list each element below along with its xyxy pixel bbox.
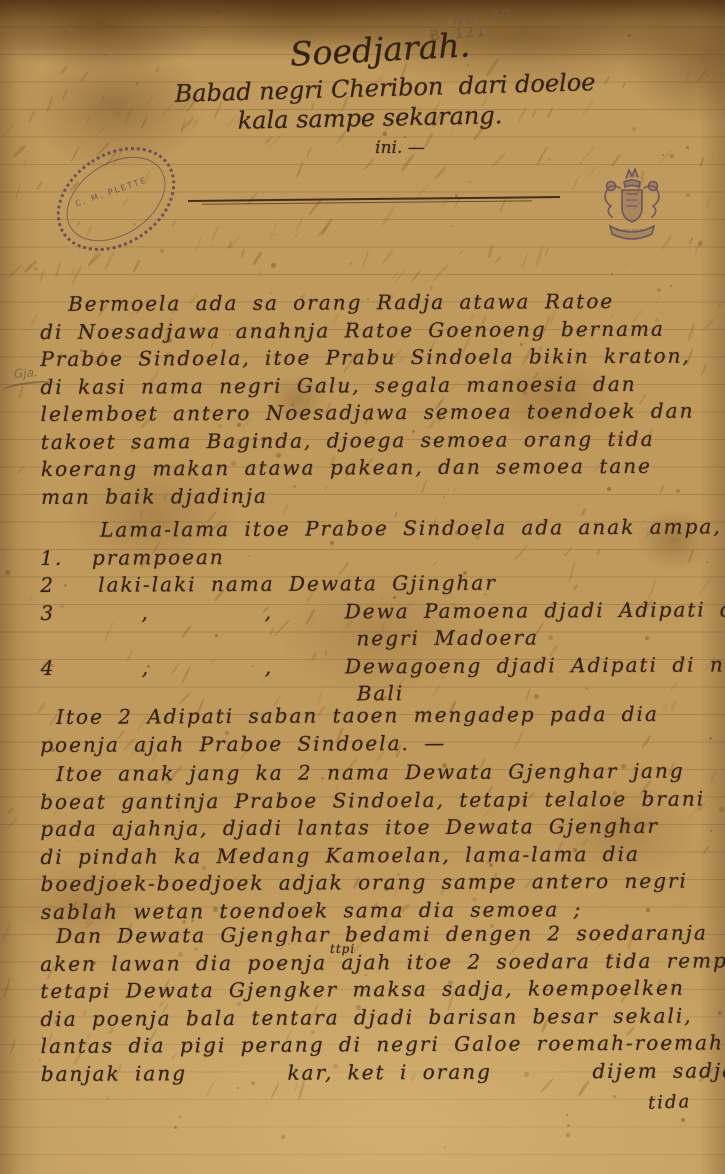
manuscript-line: koerang makan atawa pakean, dan semoea t…	[41, 452, 723, 483]
manuscript-line: di kasi nama negri Galu, segala manoesia…	[40, 370, 722, 401]
manuscript-line: 4 , , Dewagoeng djadi Adipati di negri	[41, 651, 723, 682]
manuscript-line: man baik djadinja	[41, 480, 723, 511]
manuscript-line: 1. prampoean	[40, 541, 722, 572]
manuscript-line: di Noesadjawa anahnja Ratoe Goenoeng ber…	[40, 315, 722, 346]
manuscript-line: boedjoek-boedjoek adjak orang sampe ante…	[41, 867, 723, 898]
manuscript-line: 2 laki-laki nama Dewata Gjinghar	[40, 568, 722, 599]
manuscript-line: Praboe Sindoela, itoe Prabu Sindoela bik…	[40, 342, 722, 373]
manuscript-line: Bermoela ada sa orang Radja atawa Ratoe	[40, 287, 722, 318]
paragraph-5: Dan Dewata Gjenghar bedami dengen 2 soed…	[40, 919, 723, 1088]
manuscript-line: aken lawan dia poenja ajah itoe 2 soedar…	[40, 947, 722, 978]
manuscript-line: dia poenja bala tentara djadi barisan be…	[40, 1002, 722, 1033]
manuscript-line: banjak iang kar, ket i orang dijem sadja…	[41, 1057, 723, 1088]
catchword: tida	[648, 1091, 692, 1113]
manuscript-line: negri Madoera	[41, 623, 723, 654]
manuscript-page: No: 40 B. 121 Soedjarah. Babad negri Che…	[0, 0, 725, 1174]
manuscript-line: lantas dia pigi perang di negri Galoe ro…	[41, 1029, 723, 1060]
title-line-4: ini. —	[300, 138, 500, 158]
manuscript-line: di pindah ka Medang Kamoelan, lama-lama …	[40, 840, 722, 871]
manuscript-line: pada ajahnja, djadi lantas itoe Dewata G…	[40, 812, 722, 843]
manuscript-line: takoet sama Baginda, djoega semoea orang…	[41, 425, 723, 456]
manuscript-line: Itoe 2 Adipati saban taoen mengadep pada…	[40, 700, 722, 731]
manuscript-line: boeat gantinja Praboe Sindoela, tetapi t…	[40, 785, 722, 816]
interlinear-insertion: ttpi	[330, 942, 355, 956]
manuscript-line: poenja ajah Praboe Sindoela. —	[40, 728, 722, 759]
manuscript-line: tetapi Dewata Gjengker maksa sadja, koem…	[40, 974, 722, 1005]
oval-stamp-text: C. M. PLETTE	[58, 170, 165, 214]
title-line-1: Soedjarah.	[229, 22, 531, 77]
margin-note-pencil: Gja.	[14, 365, 39, 381]
ink-divider-rule	[188, 196, 560, 206]
manuscript-line: 3 , , Dewa Pamoena djadi Adipati di	[40, 596, 722, 627]
paragraph-3: Itoe 2 Adipati saban taoen mengadep pada…	[40, 700, 722, 759]
manuscript-line: Lama-lama itoe Praboe Sindoela ada anak …	[40, 513, 722, 544]
paragraph-2-children-list: Lama-lama itoe Praboe Sindoela ada anak …	[40, 513, 723, 709]
oval-library-stamp: C. M. PLETTE	[37, 126, 194, 273]
coat-of-arms-stamp-icon	[596, 164, 668, 256]
manuscript-line: Itoe anak jang ka 2 nama Dewata Gjenghar…	[40, 757, 722, 788]
paragraph-1: Bermoela ada sa orang Radja atawa Ratoed…	[40, 287, 723, 511]
manuscript-line: Dan Dewata Gjenghar bedami dengen 2 soed…	[40, 919, 722, 950]
manuscript-line: lelemboet antero Noesadjawa semoea toend…	[41, 397, 723, 428]
